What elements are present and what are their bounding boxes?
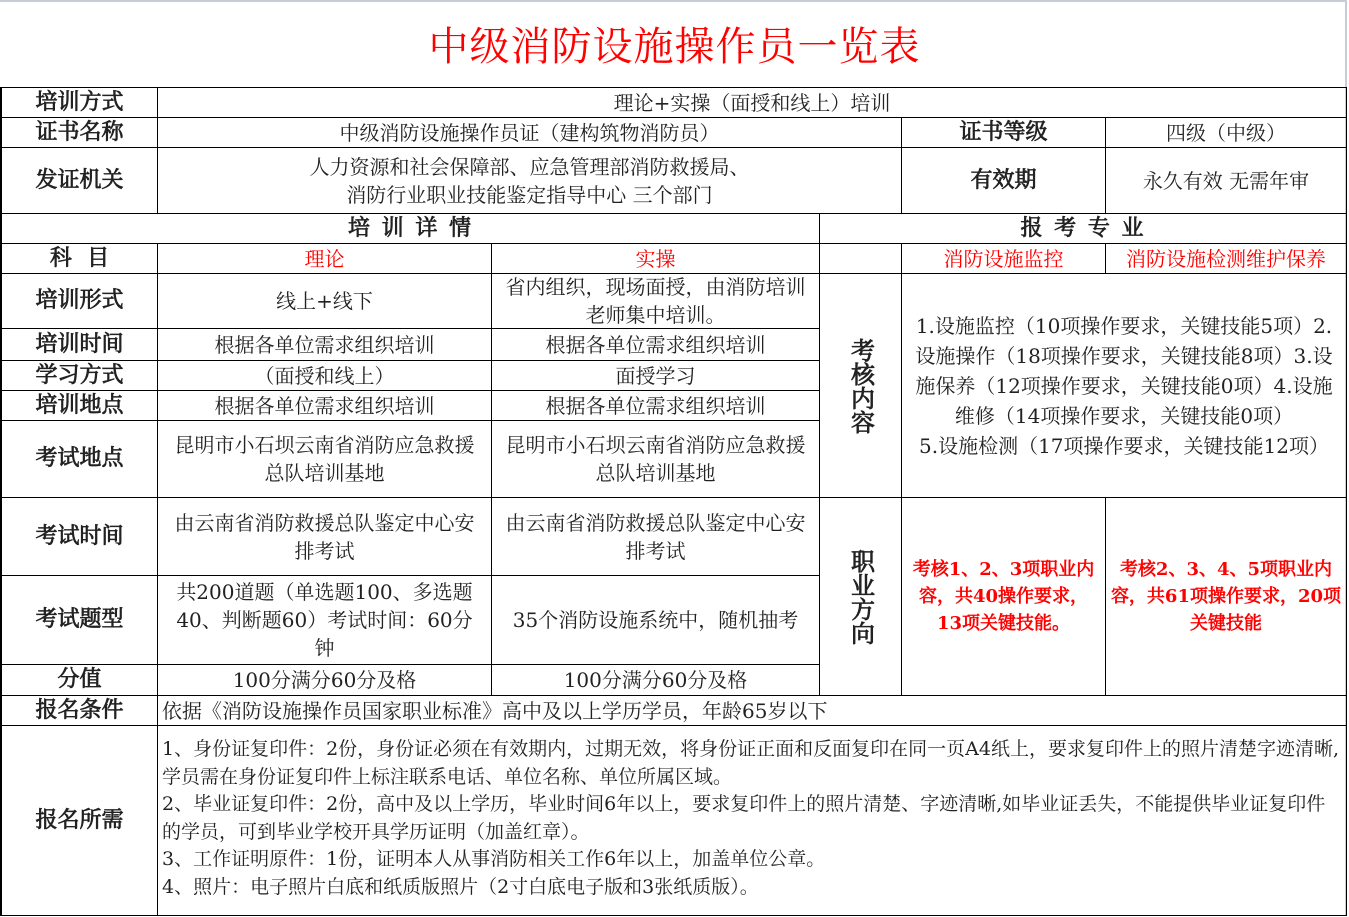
- label-score: 分值: [0, 664, 158, 696]
- section-training-details: 培 训 详 情: [0, 213, 820, 244]
- value-issuer: 人力资源和社会保障部、应急管理部消防救援局、 消防行业职业技能鉴定指导中心 三个…: [157, 147, 902, 214]
- training-form-practice: 省内组织，现场面授，由消防培训老师集中培训。: [491, 273, 820, 329]
- label-cert-level: 证书等级: [901, 117, 1106, 148]
- assessment-items-1-4: 1.设施监控（10项操作要求，关键技能5项）2.设施操作（18项操作要求，关键技…: [910, 311, 1338, 431]
- exam-location-theory: 昆明市小石坝云南省消防应急救援总队培训基地: [157, 420, 492, 498]
- major-testing-maintenance: 消防设施检测维护保养: [1105, 243, 1347, 274]
- requirement-item: 1、身份证复印件：2份，身份证必须在有效期内，过期无效，将身份证正面和反面复印在…: [162, 736, 1342, 791]
- label-exam-location: 考试地点: [0, 420, 158, 498]
- section-exam-majors: 报 考 专 业: [819, 213, 1347, 244]
- value-eligibility: 依据《消防设施操作员国家职业标准》高中及以上学历学员，年龄65岁以下: [157, 695, 1347, 726]
- assessment-item-5: 5.设施检测（17项操作要求，关键技能12项）: [919, 431, 1329, 461]
- exam-time-theory: 由云南省消防救援总队鉴定中心安排考试: [157, 497, 492, 576]
- training-location-theory: 根据各单位需求组织培训: [157, 390, 492, 421]
- value-validity: 永久有效 无需年审: [1105, 147, 1347, 214]
- requirement-item: 2、毕业证复印件：2份，高中及以上学历，毕业时间6年以上，要求复印件上的照片清楚…: [162, 791, 1342, 846]
- career-monitoring: 考核1、2、3项职业内容，共40操作要求，13项关键技能。: [901, 497, 1106, 696]
- label-validity: 有效期: [901, 147, 1106, 214]
- subject-practice: 实操: [491, 243, 820, 274]
- value-training-method: 理论+实操（面授和线上）培训: [157, 87, 1347, 118]
- major-monitoring: 消防设施监控: [901, 243, 1106, 274]
- label-requirements: 报名所需: [0, 725, 158, 916]
- exam-time-practice: 由云南省消防救援总队鉴定中心安排考试: [491, 497, 820, 576]
- issuer-line-2: 消防行业职业技能鉴定指导中心 三个部门: [346, 181, 712, 209]
- study-mode-practice: 面授学习: [491, 360, 820, 391]
- value-cert-level: 四级（中级）: [1105, 117, 1347, 148]
- label-assessment: 考核内容: [819, 273, 902, 498]
- label-career: 职业方向: [819, 497, 902, 696]
- label-subject: 科 目: [0, 243, 158, 274]
- study-mode-theory: （面授和线上）: [157, 360, 492, 391]
- assessment-content: 1.设施监控（10项操作要求，关键技能5项）2.设施操作（18项操作要求，关键技…: [901, 273, 1347, 498]
- score-theory: 100分满分60分及格: [157, 664, 492, 696]
- training-time-theory: 根据各单位需求组织培训: [157, 328, 492, 361]
- exam-format-theory: 共200道题（单选题100、多选题40、判断题60）考试时间：60分钟: [157, 575, 492, 665]
- training-location-practice: 根据各单位需求组织培训: [491, 390, 820, 421]
- blank-subject-cell: [819, 243, 902, 274]
- requirements-list: 1、身份证复印件：2份，身份证必须在有效期内，过期无效，将身份证正面和反面复印在…: [157, 725, 1347, 916]
- career-testing-maintenance: 考核2、3、4、5项职业内容，共61项操作要求，20项关键技能: [1105, 497, 1347, 696]
- score-practice: 100分满分60分及格: [491, 664, 820, 696]
- label-training-form: 培训形式: [0, 273, 158, 329]
- label-training-method: 培训方式: [0, 87, 158, 118]
- issuer-line-1: 人力资源和社会保障部、应急管理部消防救援局、: [310, 153, 750, 181]
- label-eligibility: 报名条件: [0, 695, 158, 726]
- training-time-practice: 根据各单位需求组织培训: [491, 328, 820, 361]
- label-exam-format: 考试题型: [0, 575, 158, 665]
- assessment-label-text: 考核内容: [845, 338, 877, 434]
- page-title: 中级消防设施操作员一览表: [0, 0, 1349, 87]
- label-exam-time: 考试时间: [0, 497, 158, 576]
- label-training-time: 培训时间: [0, 328, 158, 361]
- label-cert-name: 证书名称: [0, 117, 158, 148]
- requirement-item: 4、照片：电子照片白底和纸质版照片（2寸白底电子版和3张纸质版）。: [162, 874, 1342, 902]
- label-study-mode: 学习方式: [0, 360, 158, 391]
- requirement-item: 3、工作证明原件：1份，证明本人从事消防相关工作6年以上，加盖单位公章。: [162, 846, 1342, 874]
- training-form-theory: 线上+线下: [157, 273, 492, 329]
- exam-location-practice: 昆明市小石坝云南省消防应急救援总队培训基地: [491, 420, 820, 498]
- label-issuer: 发证机关: [0, 147, 158, 214]
- exam-format-practice: 35个消防设施系统中，随机抽考: [491, 575, 820, 665]
- subject-theory: 理论: [157, 243, 492, 274]
- label-training-location: 培训地点: [0, 390, 158, 421]
- value-cert-name: 中级消防设施操作员证（建构筑物消防员）: [157, 117, 902, 148]
- career-label-text: 职业方向: [845, 549, 877, 645]
